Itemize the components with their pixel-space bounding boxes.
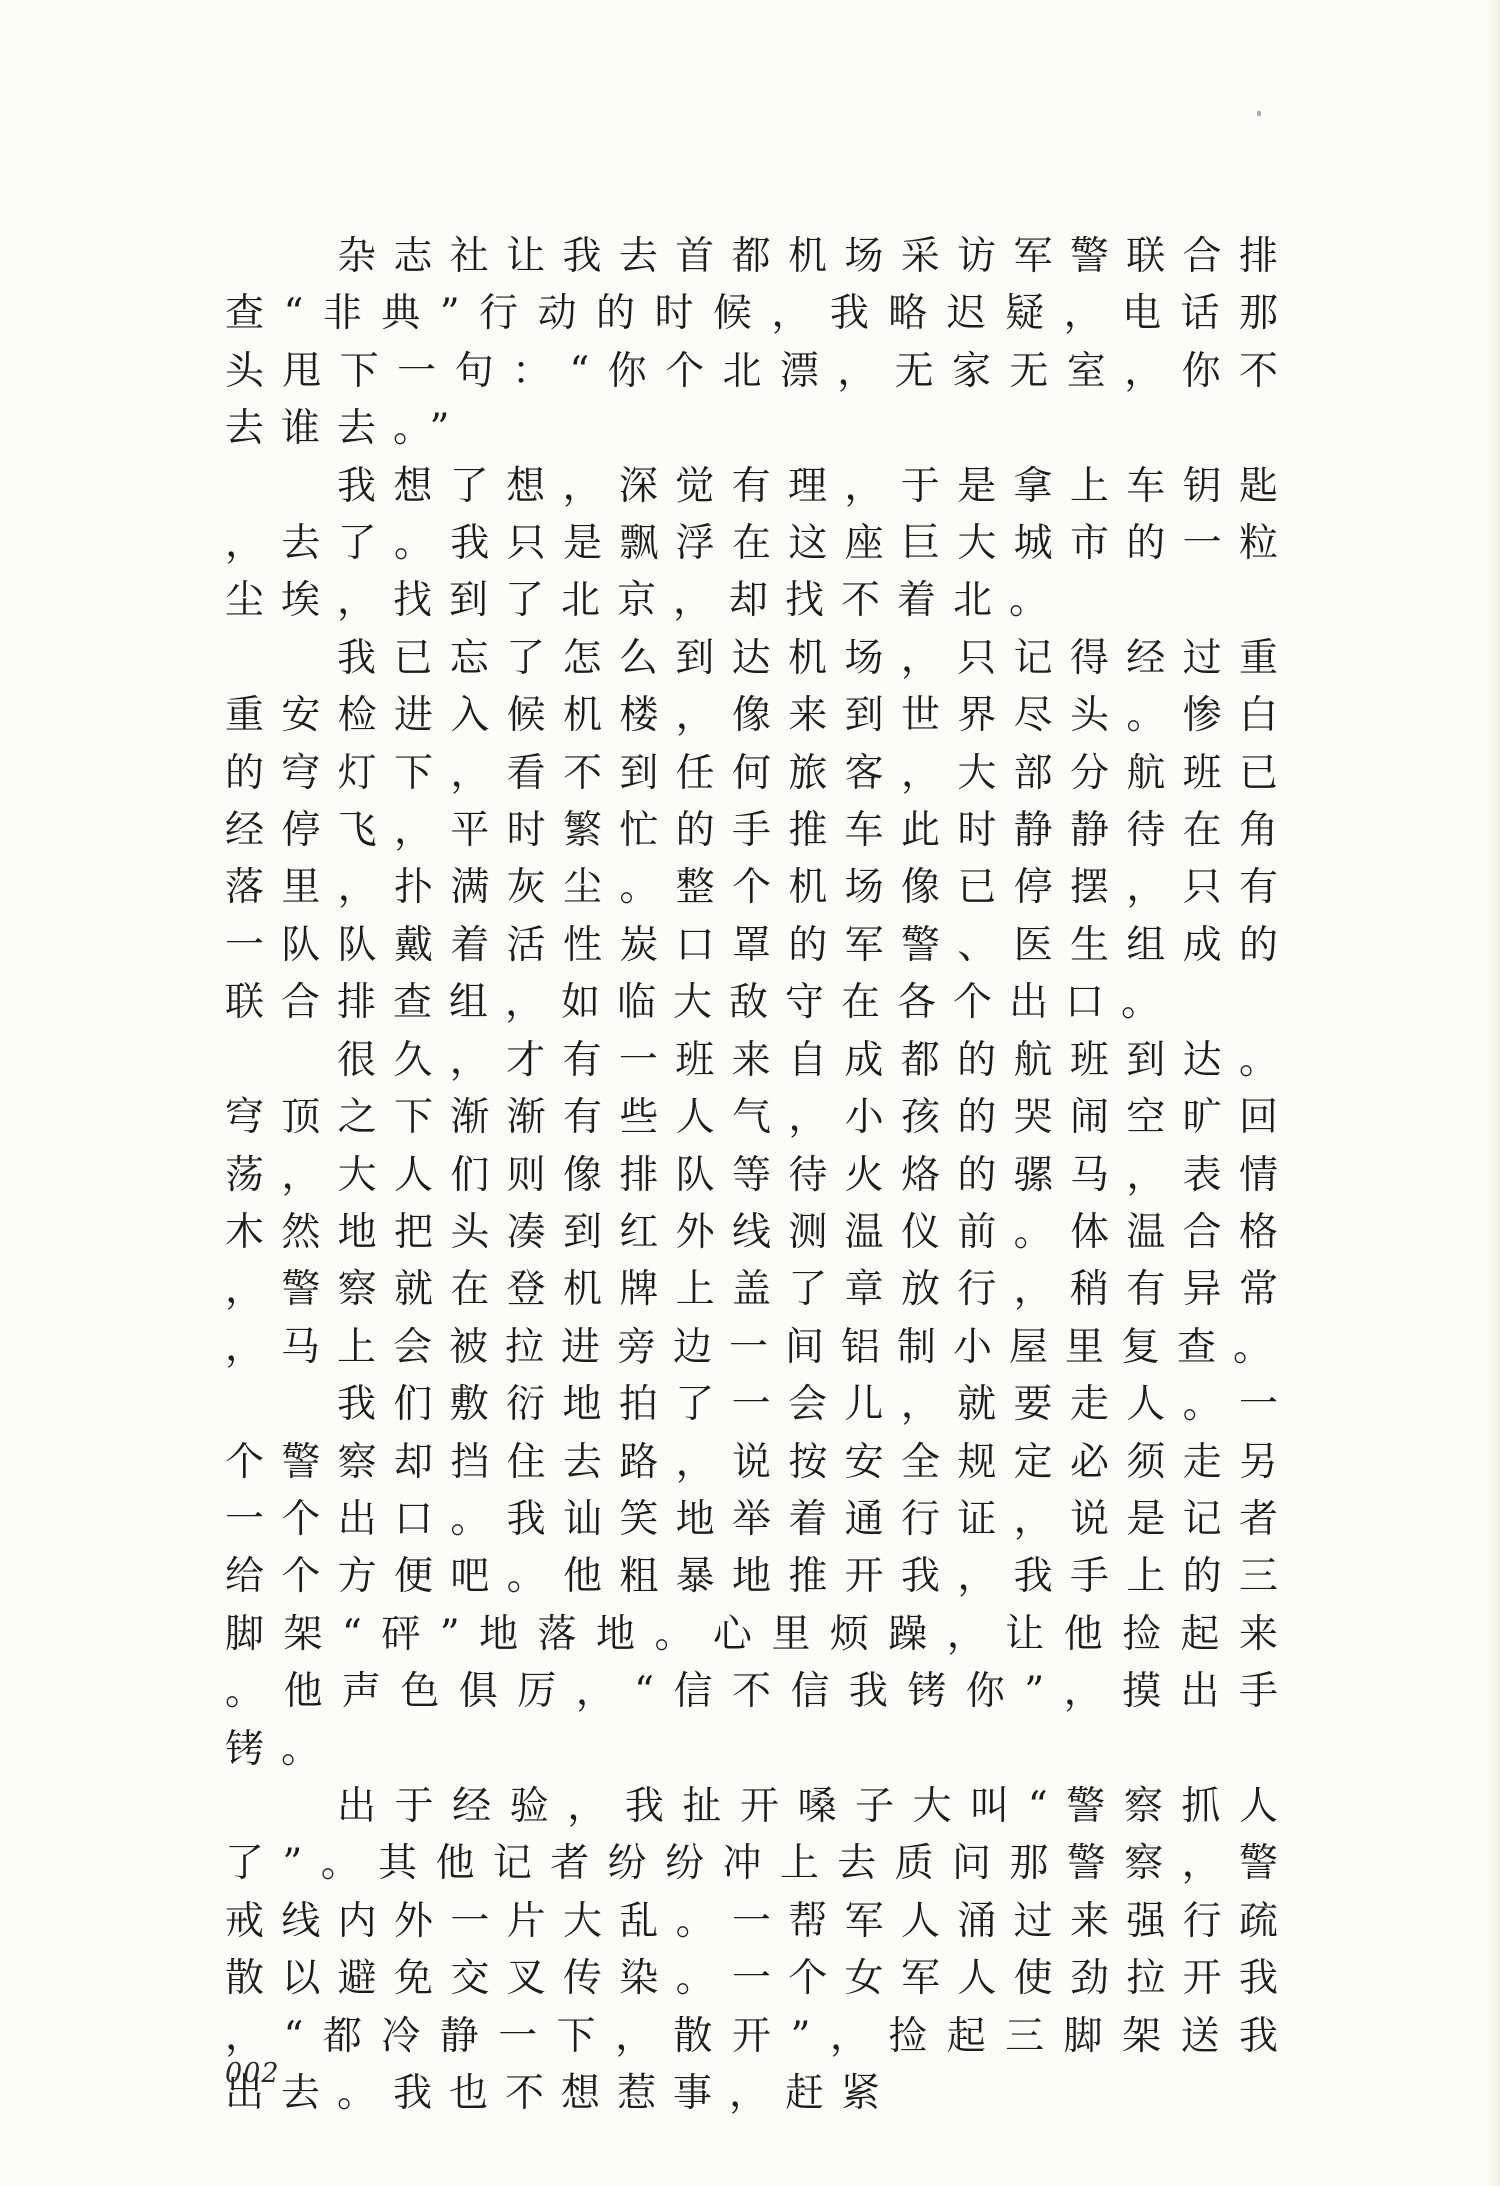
paragraph-4: 很久，才有一班来自成都的航班到达。穹顶之下渐渐有些人气，小孩的哭闹空旷回荡，大人… <box>225 1032 1295 1376</box>
page-number: 002 <box>225 2058 280 2089</box>
page-edge-shadow <box>1486 0 1500 2186</box>
paragraph-2: 我想了想，深觉有理，于是拿上车钥匙，去了。我只是飘浮在这座巨大城市的一粒尘埃，找… <box>225 458 1295 630</box>
scan-speck <box>1257 111 1261 116</box>
book-page: 杂志社让我去首都机场采访军警联合排查“非典”行动的时候，我略迟疑，电话那头甩下一… <box>0 0 1500 2186</box>
paragraph-5: 我们敷衍地拍了一会儿，就要走人。一个警察却挡住去路，说按安全规定必须走另一个出口… <box>225 1376 1295 1778</box>
paragraph-6: 出于经验，我扯开嗓子大叫“警察抓人了”。其他记者纷纷冲上去质问那警察，警戒线内外… <box>225 1778 1295 2122</box>
paragraph-3: 我已忘了怎么到达机场，只记得经过重重安检进入候机楼，像来到世界尽头。惨白的穹灯下… <box>225 630 1295 1032</box>
paragraph-1: 杂志社让我去首都机场采访军警联合排查“非典”行动的时候，我略迟疑，电话那头甩下一… <box>225 228 1295 458</box>
body-text: 杂志社让我去首都机场采访军警联合排查“非典”行动的时候，我略迟疑，电话那头甩下一… <box>225 228 1295 2122</box>
